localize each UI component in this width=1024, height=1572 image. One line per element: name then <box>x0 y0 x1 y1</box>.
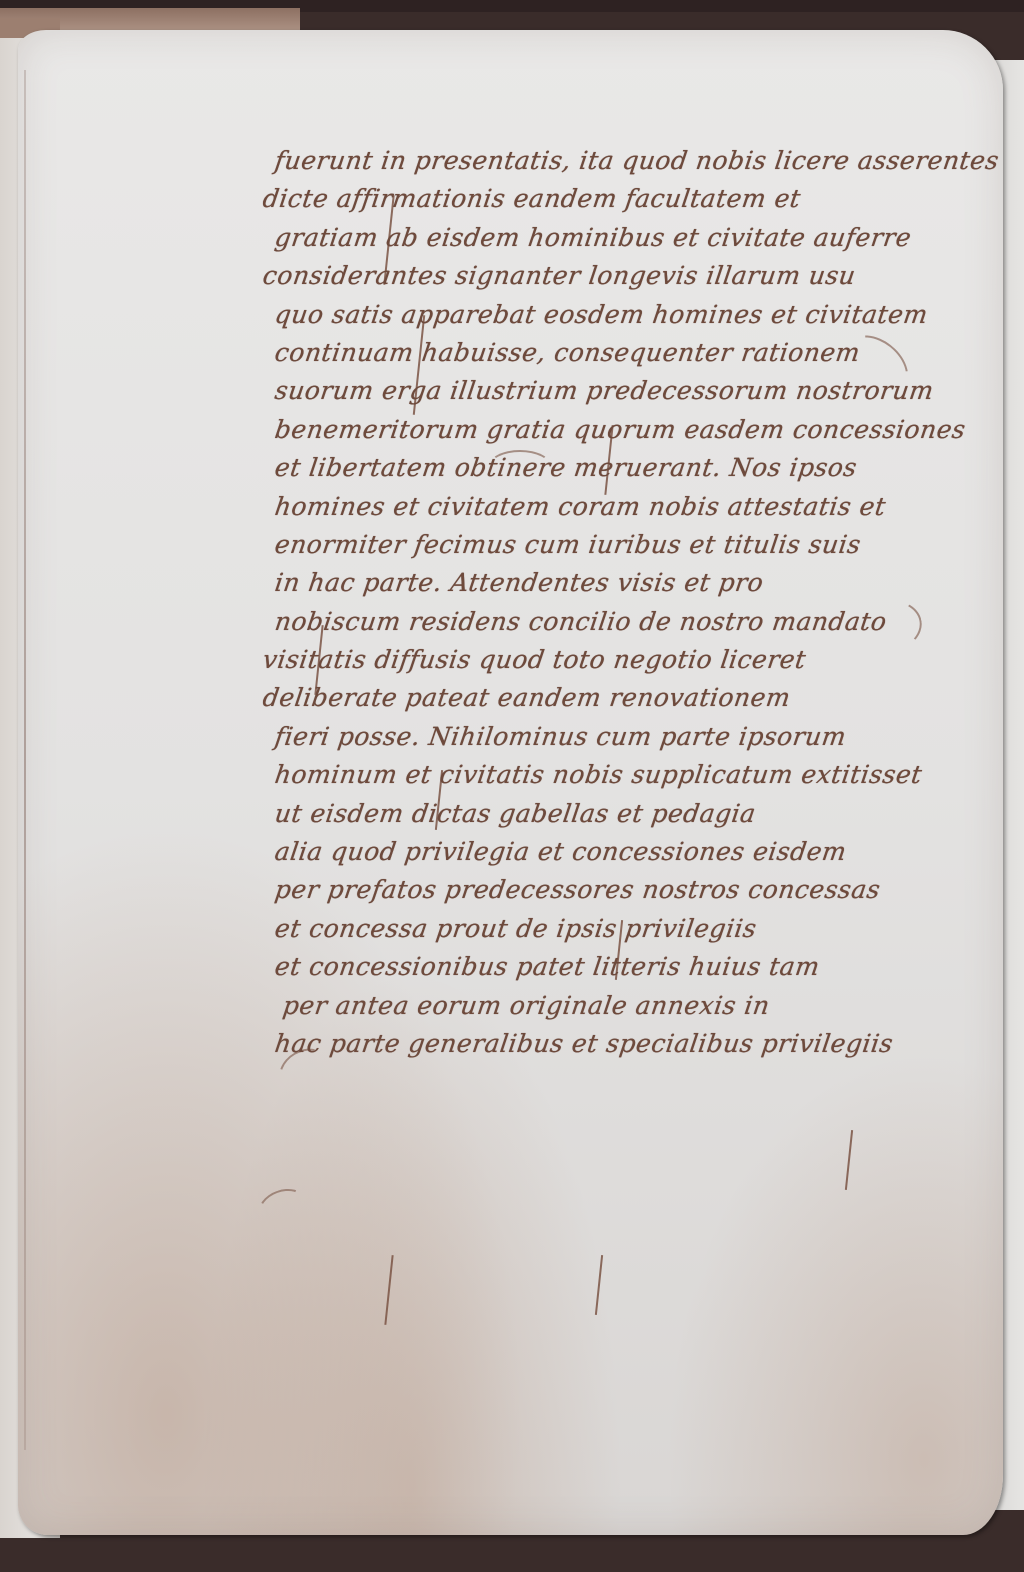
manuscript-line: visitatis diffusis quod toto negotio lic… <box>260 641 945 679</box>
manuscript-line: benemeritorum gratia quorum easdem conce… <box>260 411 945 449</box>
manuscript-line: considerantes signanter longevis illarum… <box>260 257 945 295</box>
manuscript-line: in hac parte. Attendentes visis et pro <box>260 564 945 602</box>
manuscript-line: alia quod privilegia et concessiones eis… <box>260 833 945 871</box>
manuscript-line: et concessionibus patet litteris huius t… <box>260 948 945 986</box>
manuscript-line: et libertatem obtinere meruerant. Nos ip… <box>260 449 945 487</box>
manuscript-line: hac parte generalibus et specialibus pri… <box>260 1025 945 1063</box>
manuscript-line: dicte affirmationis eandem facultatem et <box>260 180 945 218</box>
manuscript-line: homines et civitatem coram nobis attesta… <box>260 488 945 526</box>
manuscript-line: per prefatos predecessores nostros conce… <box>260 871 945 909</box>
manuscript-text-block: fuerunt in presentatis, ita quod nobis l… <box>263 142 943 1063</box>
manuscript-line: fieri posse. Nihilominus cum parte ipsor… <box>260 718 945 756</box>
manuscript-line: continuam habuisse, consequenter ratione… <box>260 334 945 372</box>
ink-descender-stroke <box>384 1255 393 1325</box>
manuscript-line: deliberate pateat eandem renovationem <box>260 679 945 717</box>
manuscript-line: gratiam ab eisdem hominibus et civitate … <box>260 219 945 257</box>
manuscript-line: nobiscum residens concilio de nostro man… <box>260 603 945 641</box>
manuscript-line: et concessa prout de ipsis privilegiis <box>260 910 945 948</box>
ink-descender-stroke <box>595 1255 603 1315</box>
ink-descender-stroke <box>845 1130 853 1190</box>
manuscript-line: ut eisdem dictas gabellas et pedagia <box>260 795 945 833</box>
manuscript-line: suorum erga illustrium predecessorum nos… <box>260 372 945 410</box>
manuscript-line: enormiter fecimus cum iuribus et titulis… <box>260 526 945 564</box>
manuscript-line: quo satis apparebat eosdem homines et ci… <box>260 296 945 334</box>
manuscript-line: per antea eorum originale annexis in <box>260 987 945 1025</box>
manuscript-line: hominum et civitatis nobis supplicatum e… <box>260 756 945 794</box>
ink-flourish <box>254 1183 312 1232</box>
manuscript-line: fuerunt in presentatis, ita quod nobis l… <box>260 142 945 180</box>
manuscript-folio: fuerunt in presentatis, ita quod nobis l… <box>18 30 1003 1535</box>
